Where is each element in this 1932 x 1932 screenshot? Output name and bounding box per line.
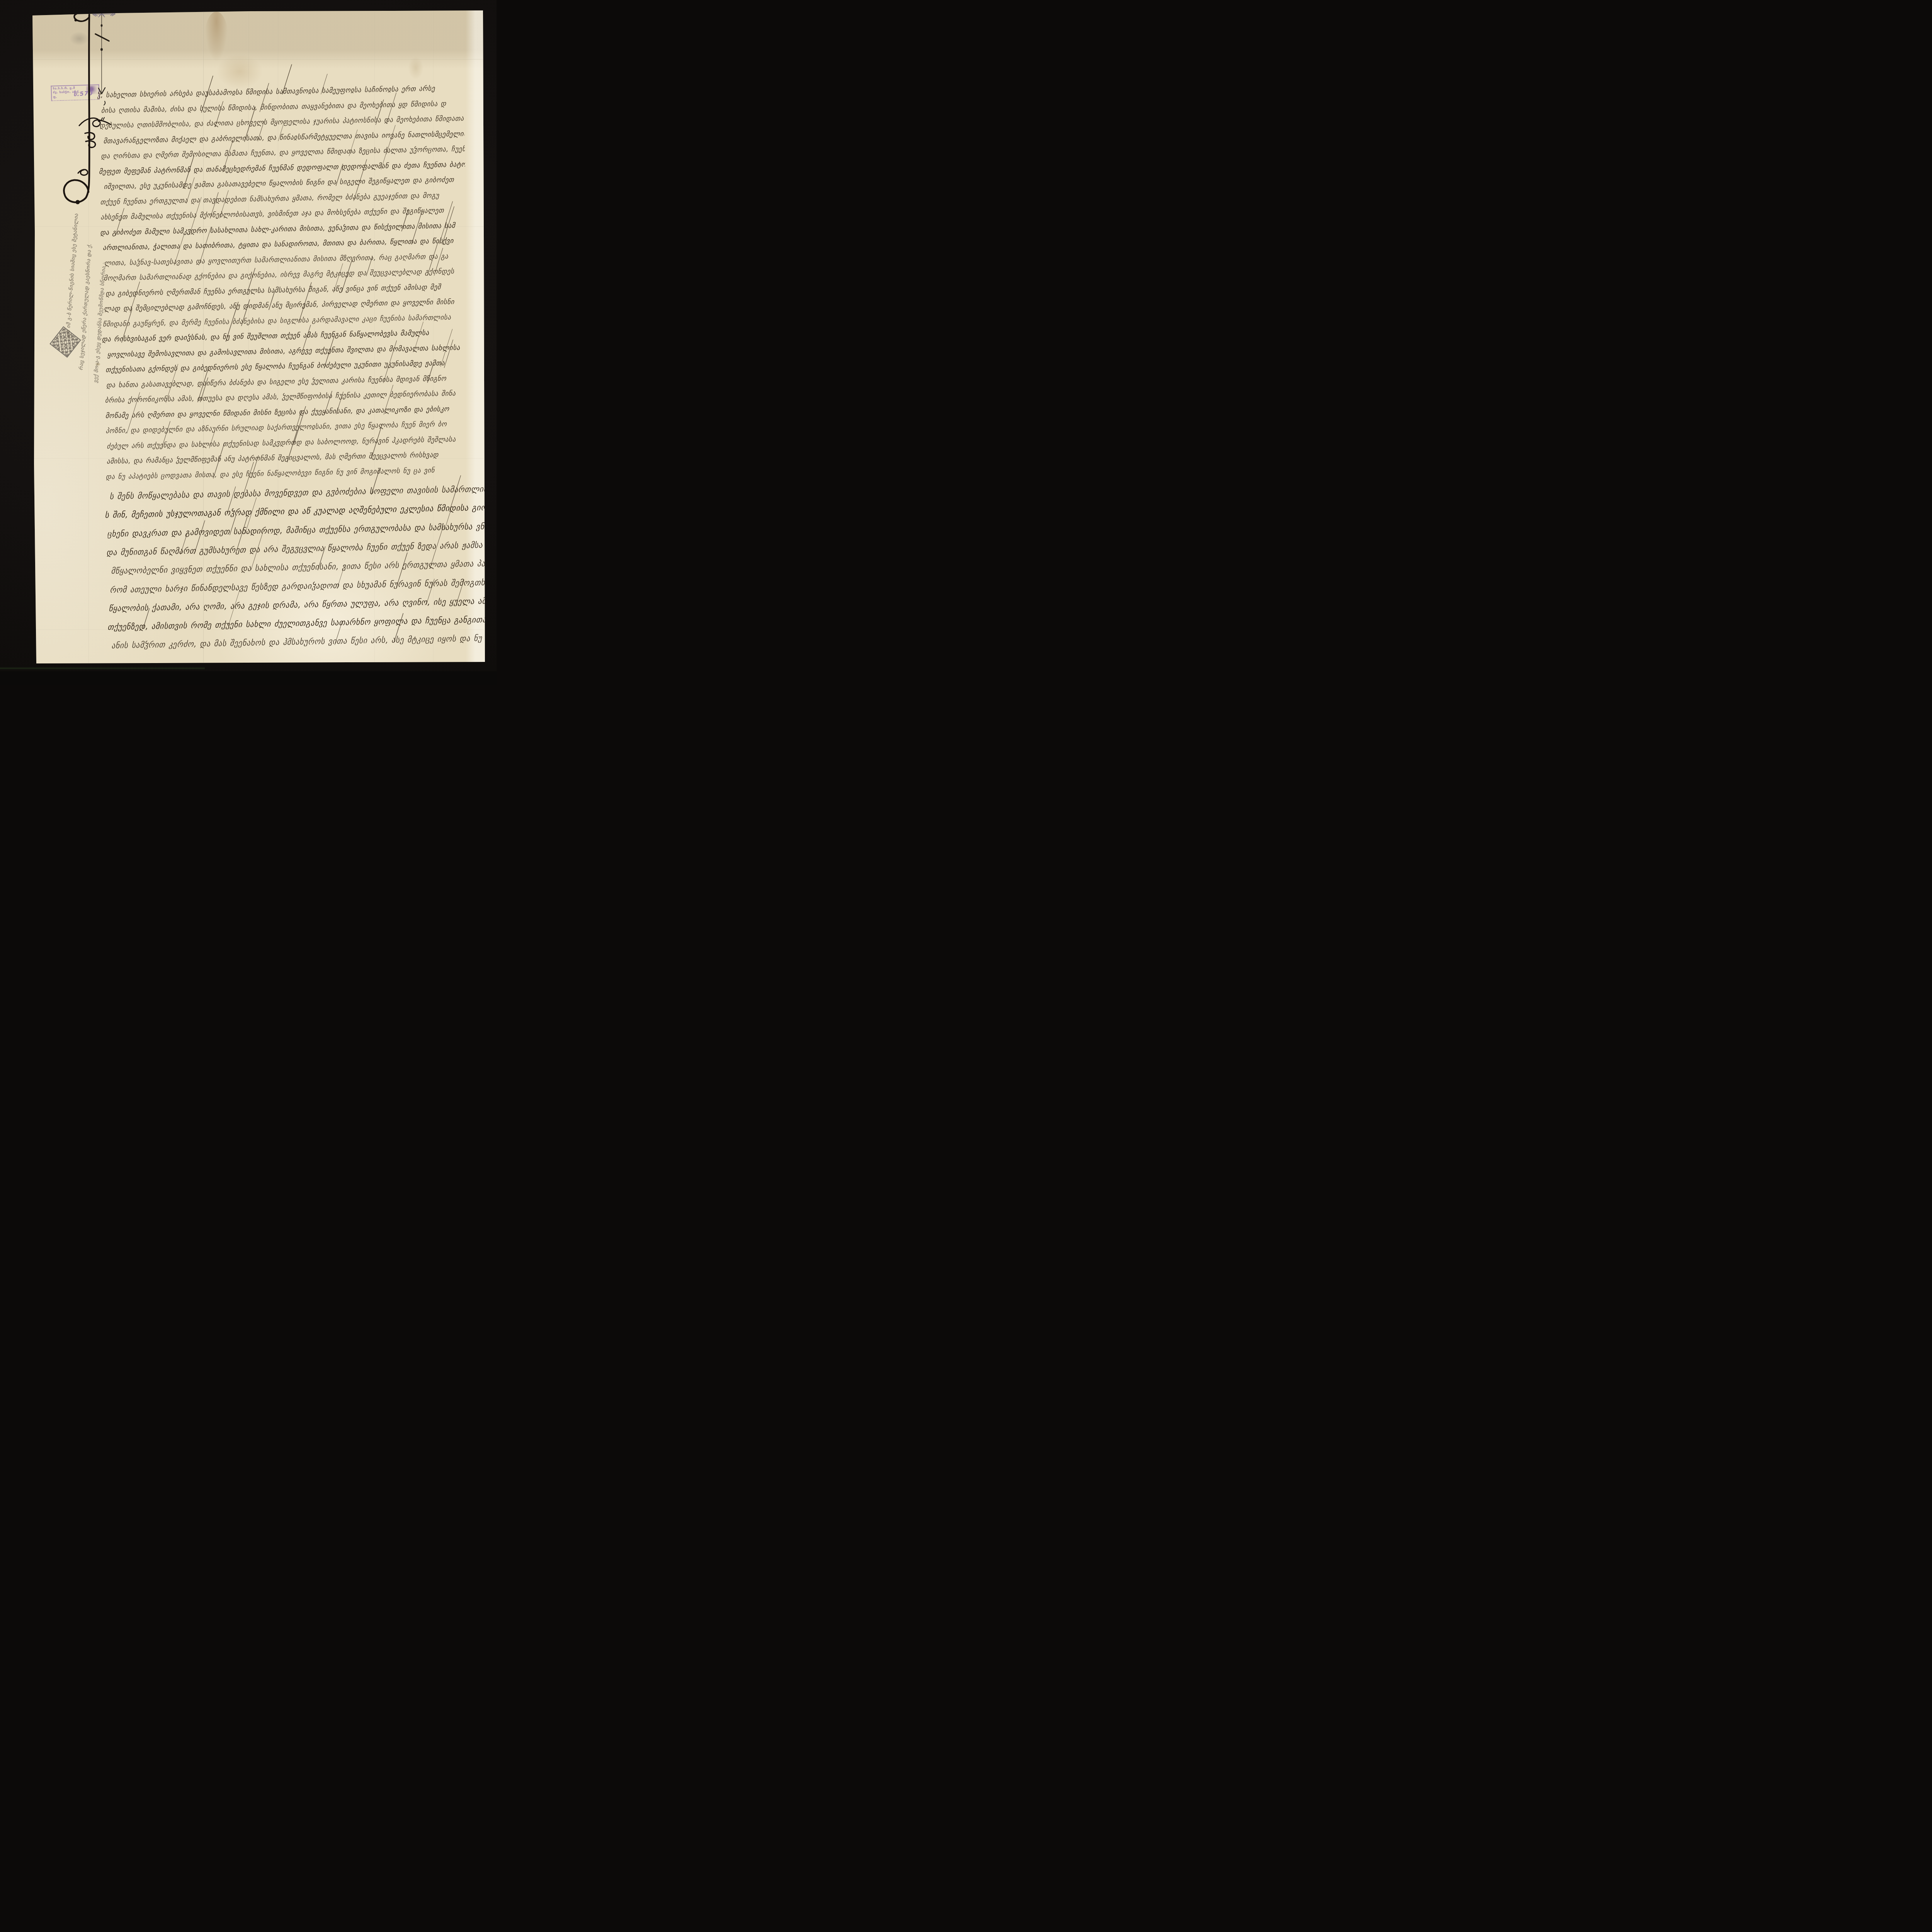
ascender-hairline-strokes [0, 0, 497, 685]
manuscript-paper: სა.ს.ს.რ. ც.მ ძვ. საბჭო. არქ. ფ. ს.570 [0, 0, 497, 685]
photo-backdrop: სა.ს.ს.რ. ც.მ ძვ. საბჭო. არქ. ფ. ს.570 [0, 0, 497, 685]
backdrop-green-edge [0, 667, 205, 670]
backdrop-bottom-strip [0, 671, 497, 685]
